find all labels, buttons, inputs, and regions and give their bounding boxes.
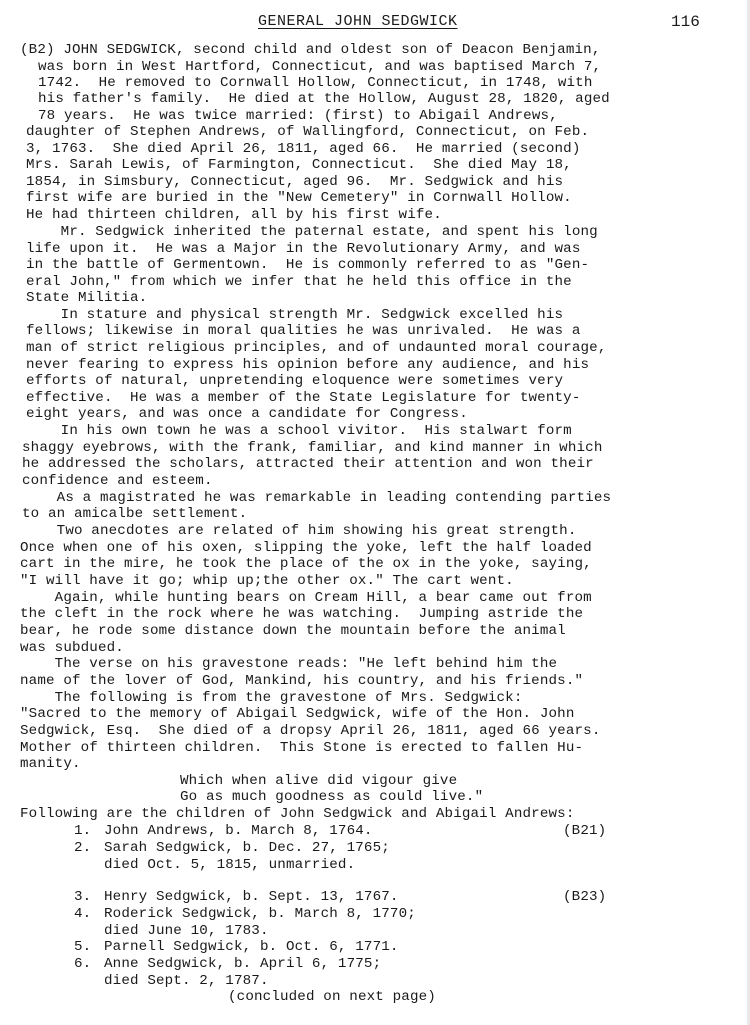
child-entry-line: Sarah Sedgwick, b. Dec. 27, 1765; bbox=[104, 840, 390, 856]
text-line: effective. He was a member of the State … bbox=[26, 390, 581, 406]
text-line: (B2) JOHN SEDGWICK, second child and old… bbox=[20, 42, 600, 58]
child-entry-line: died Sept. 2, 1787. bbox=[104, 973, 269, 989]
text-line: cart in the mire, he took the place of t… bbox=[20, 556, 592, 572]
text-line: in the battle of Germentown. He is commo… bbox=[26, 257, 589, 273]
text-line: The verse on his gravestone reads: "He l… bbox=[20, 656, 557, 672]
child-number: 1. bbox=[74, 823, 91, 839]
text-line: never fearing to express his opinion bef… bbox=[26, 357, 589, 373]
child-number: 4. bbox=[74, 906, 91, 922]
text-line: 78 years. He was twice married: (first) … bbox=[38, 108, 558, 124]
child-reference-code: (B21) bbox=[563, 823, 606, 839]
page-title: GENERAL JOHN SEDGWICK bbox=[258, 13, 458, 30]
text-line: State Militia. bbox=[26, 290, 147, 306]
text-line: Again, while hunting bears on Cream Hill… bbox=[20, 590, 592, 606]
text-line: eral John," from which we infer that he … bbox=[26, 274, 572, 290]
text-line: As a magistrated he was remarkable in le… bbox=[22, 490, 611, 506]
text-line: 1854, in Simsbury, Connecticut, aged 96.… bbox=[26, 174, 563, 190]
text-line: In his own town he was a school vivitor.… bbox=[26, 423, 572, 439]
child-number: 5. bbox=[74, 939, 91, 955]
text-line: was subdued. bbox=[20, 640, 124, 656]
text-line: 3, 1763. She died April 26, 1811, aged 6… bbox=[26, 141, 581, 157]
text-line: In stature and physical strength Mr. Sed… bbox=[26, 307, 563, 323]
text-line: Mrs. Sarah Lewis, of Farmington, Connect… bbox=[26, 157, 572, 173]
child-entry-line: Anne Sedgwick, b. April 6, 1775; bbox=[104, 956, 381, 972]
child-entry-line: Roderick Sedgwick, b. March 8, 1770; bbox=[104, 906, 416, 922]
child-entry-line: died June 10, 1783. bbox=[104, 923, 269, 939]
text-line: manity. bbox=[20, 756, 81, 772]
text-line: life upon it. He was a Major in the Revo… bbox=[26, 241, 581, 257]
text-line: first wife are buried in the "New Cemete… bbox=[26, 190, 572, 206]
text-line: Go as much goodness as could live." bbox=[180, 789, 483, 805]
text-line: bear, he rode some distance down the mou… bbox=[20, 623, 566, 639]
child-number: 6. bbox=[74, 956, 91, 972]
text-line: The following is from the gravestone of … bbox=[20, 690, 523, 706]
text-line: confidence and esteem. bbox=[22, 473, 213, 489]
text-line: Two anecdotes are related of him showing… bbox=[22, 523, 577, 539]
text-line: Mother of thirteen children. This Stone … bbox=[20, 740, 583, 756]
child-number: 3. bbox=[74, 889, 91, 905]
page-number: 116 bbox=[671, 13, 700, 31]
children-intro: Following are the children of John Sedgw… bbox=[20, 806, 575, 822]
text-line: efforts of natural, unpretending eloquen… bbox=[26, 373, 563, 389]
text-line: his father's family. He died at the Holl… bbox=[38, 91, 610, 107]
text-line: He had thirteen children, all by his fir… bbox=[26, 207, 442, 223]
text-line: was born in West Hartford, Connecticut, … bbox=[38, 59, 601, 75]
text-line: "Sacred to the memory of Abigail Sedgwic… bbox=[20, 706, 575, 722]
child-entry-line: died Oct. 5, 1815, unmarried. bbox=[104, 857, 355, 873]
text-line: Sedgwick, Esq. She died of a dropsy Apri… bbox=[20, 723, 600, 739]
text-line: shaggy eyebrows, with the frank, familia… bbox=[22, 440, 602, 456]
text-line: Which when alive did vigour give bbox=[180, 773, 457, 789]
child-number: 2. bbox=[74, 840, 91, 856]
text-line: "I will have it go; whip up;the other ox… bbox=[20, 573, 514, 589]
text-line: fellows; likewise in moral qualities he … bbox=[26, 323, 581, 339]
text-line: daughter of Stephen Andrews, of Wallingf… bbox=[26, 124, 589, 140]
text-line: Mr. Sedgwick inherited the paternal esta… bbox=[26, 224, 598, 240]
text-line: 1742. He removed to Cornwall Hollow, Con… bbox=[38, 75, 593, 91]
text-line: man of strict religious principles, and … bbox=[26, 340, 606, 356]
child-reference-code: (B23) bbox=[563, 889, 606, 905]
document-page: GENERAL JOHN SEDGWICK 116 (B2) JOHN SEDG… bbox=[0, 0, 750, 1025]
child-entry-line: Henry Sedgwick, b. Sept. 13, 1767. bbox=[104, 889, 399, 905]
text-line: name of the lover of God, Mankind, his c… bbox=[20, 673, 583, 689]
child-entry-line: John Andrews, b. March 8, 1764. bbox=[104, 823, 373, 839]
text-line: to an amicalbe settlement. bbox=[22, 506, 247, 522]
continuation-note: (concluded on next page) bbox=[228, 989, 436, 1005]
text-line: Once when one of his oxen, slipping the … bbox=[20, 540, 592, 556]
text-line: he addressed the scholars, attracted the… bbox=[22, 456, 594, 472]
text-line: eight years, and was once a candidate fo… bbox=[26, 406, 468, 422]
child-entry-line: Parnell Sedgwick, b. Oct. 6, 1771. bbox=[104, 939, 399, 955]
text-line: the cleft in the rock where he was watch… bbox=[20, 606, 583, 622]
